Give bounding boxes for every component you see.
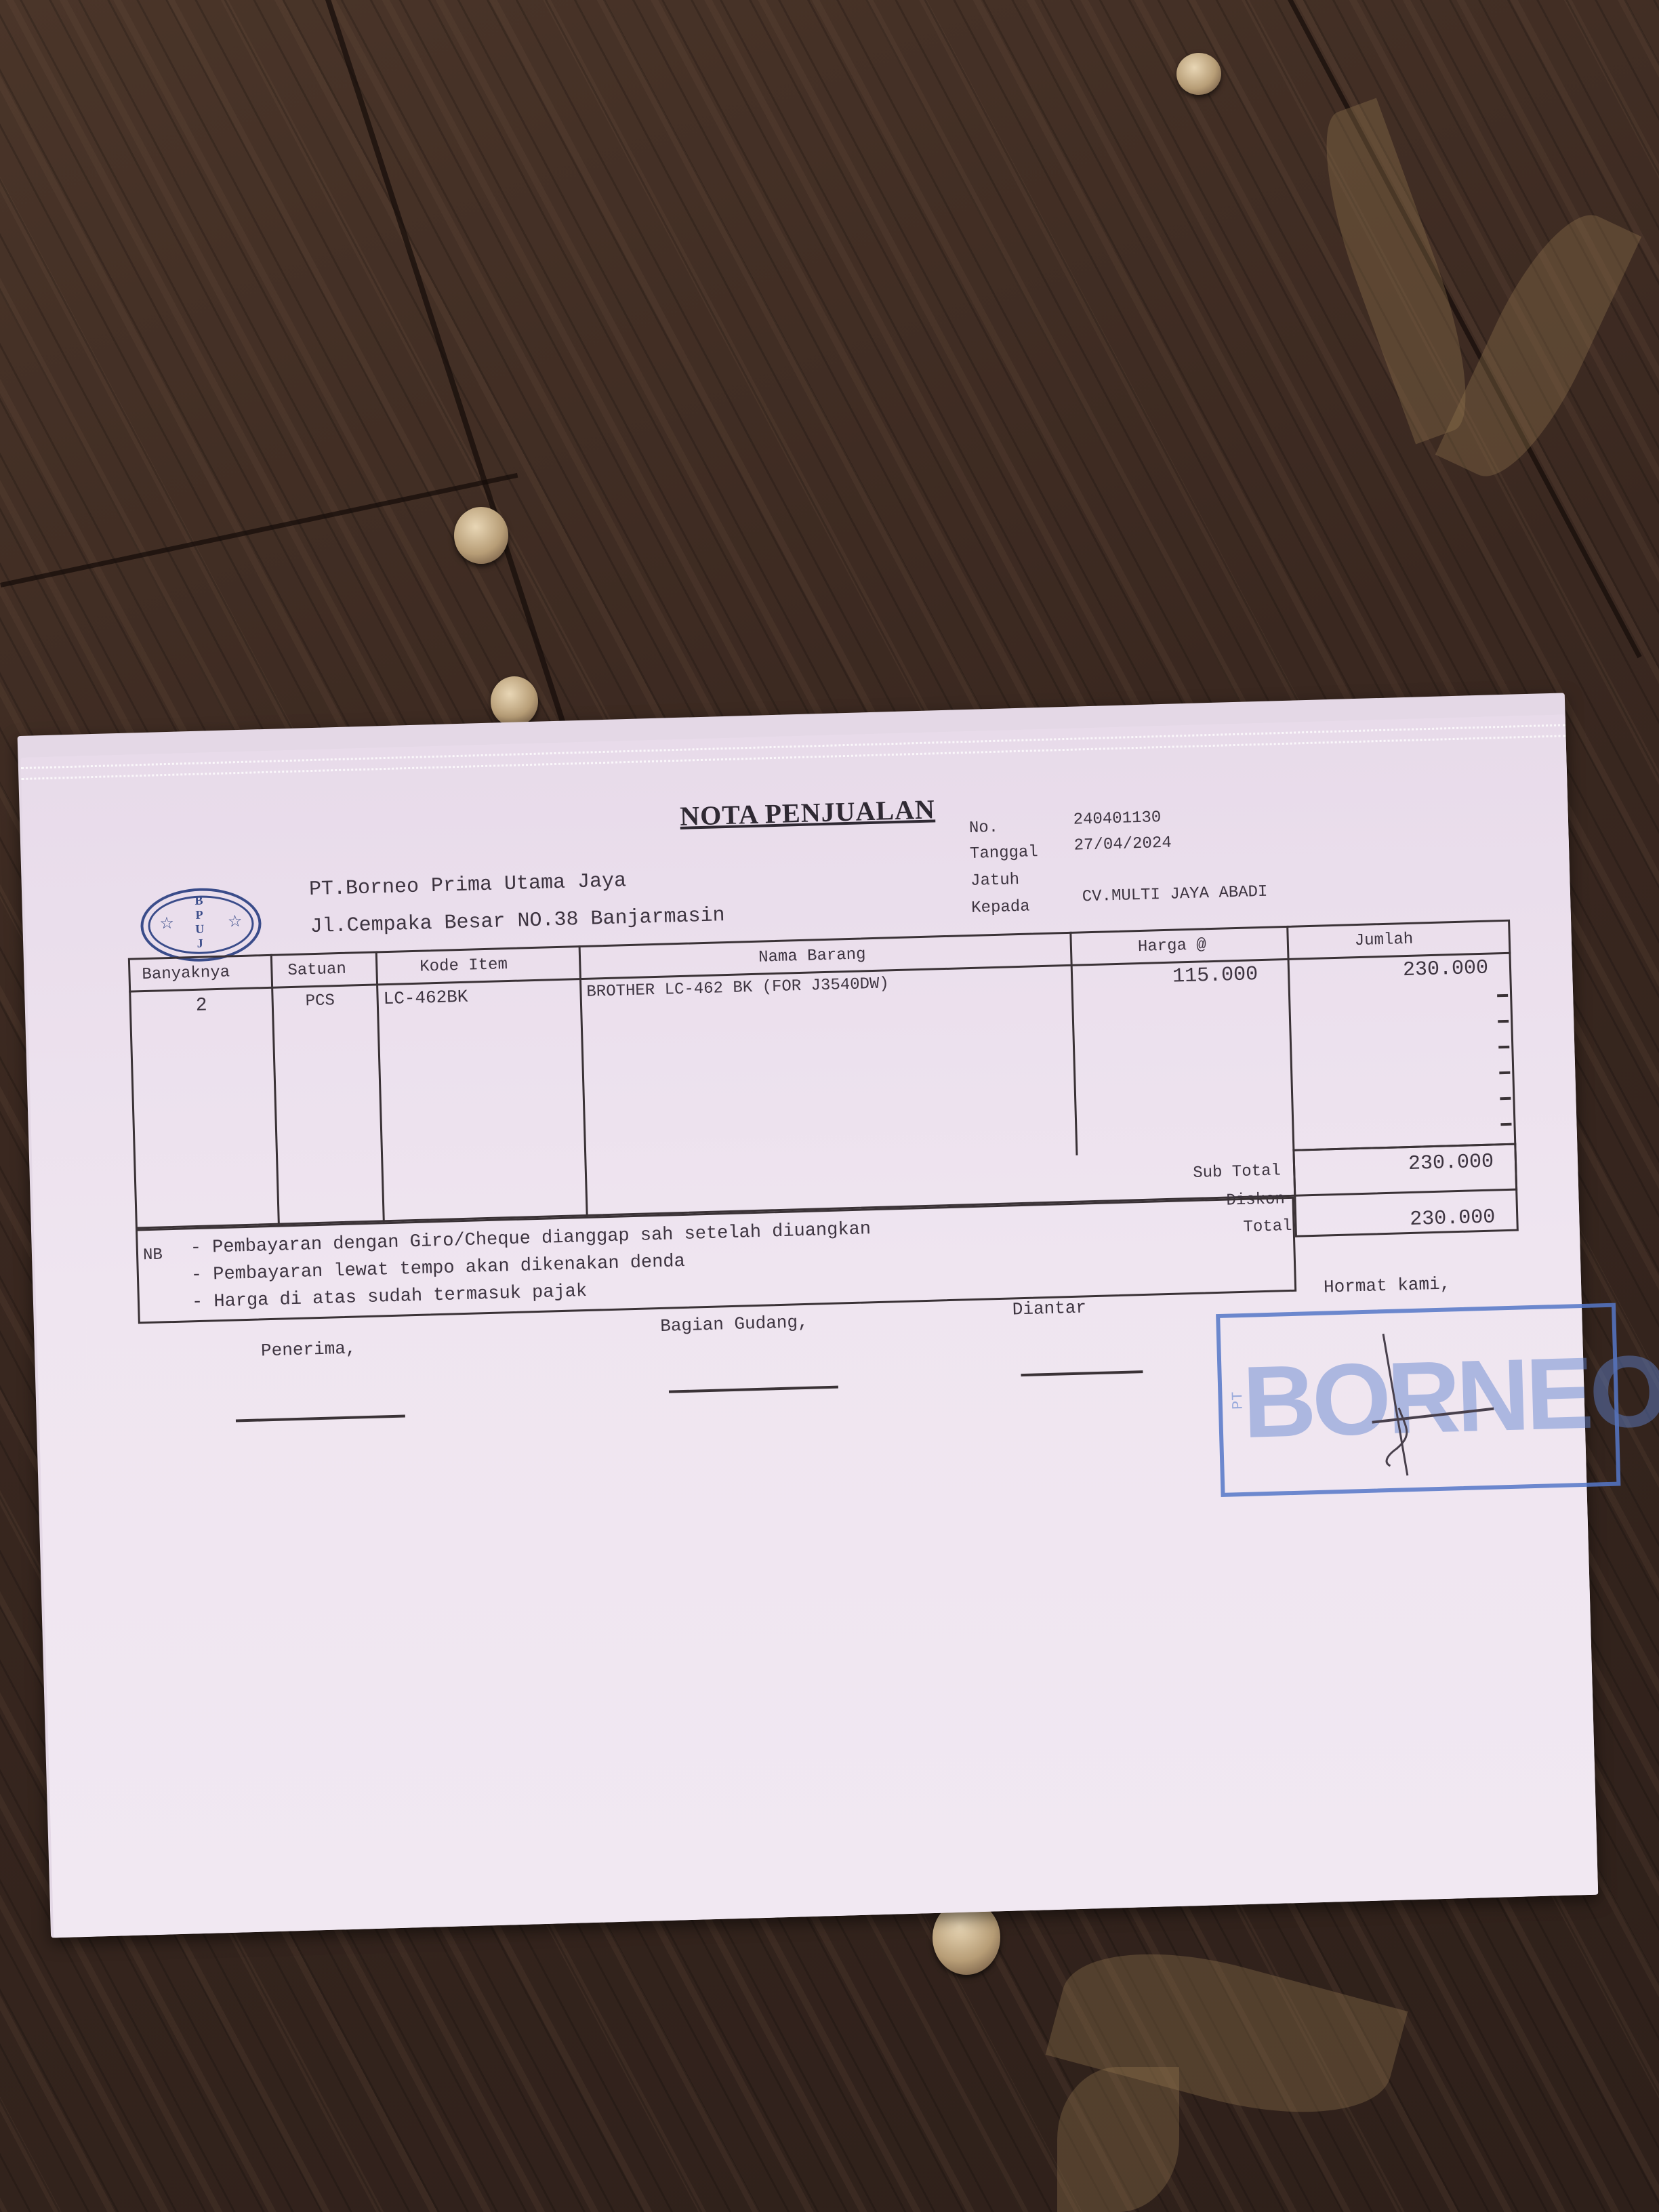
nail-head [454, 507, 508, 564]
signature-gudang-label: Bagian Gudang, [660, 1312, 808, 1336]
logo-letters: B P U J [191, 893, 207, 951]
company-address: Jl.Cempaka Besar NO.38 Banjarmasin [310, 904, 725, 939]
star-icon: ☆ [159, 914, 174, 935]
signature-line-diantar [1021, 1370, 1143, 1376]
amount-tick [1498, 1020, 1509, 1023]
signature-line-gudang [669, 1386, 838, 1393]
header-nama-barang: Nama Barang [758, 945, 866, 966]
signature-diantar-label: Diantar [1012, 1297, 1086, 1319]
signature-scribble [1355, 1316, 1530, 1483]
header-banyaknya: Banyaknya [142, 964, 230, 985]
company-logo: B P U J ☆ ☆ [140, 886, 262, 963]
row-banyaknya: 2 [195, 995, 207, 1016]
row-jumlah: 230.000 [1403, 957, 1489, 983]
row-kode-item: LC-462BK [383, 987, 468, 1009]
document-title: NOTA PENJUALAN [680, 793, 936, 832]
signature-hormat-label: Hormat kami, [1324, 1273, 1451, 1297]
plank-seam [325, 0, 581, 773]
receipt-sheet: NOTA PENJUALAN B P U J ☆ ☆ PT.Borneo Pri… [21, 714, 1599, 1938]
company-name: PT.Borneo Prima Utama Jaya [309, 869, 627, 901]
amount-tick [1497, 994, 1508, 997]
table-pattern-leaf [1057, 2067, 1179, 2212]
customer-value: CV.MULTI JAYA ABADI [1082, 883, 1267, 907]
star-icon: ☆ [227, 912, 242, 933]
amount-tick [1500, 1097, 1511, 1100]
header-jumlah: Jumlah [1354, 930, 1413, 950]
amount-tick [1500, 1123, 1511, 1126]
due-label: Jatuh [970, 871, 1020, 890]
nail-head [1176, 53, 1221, 95]
table-pattern-leaf [1435, 197, 1641, 495]
plank-seam [0, 473, 518, 588]
amount-tick [1498, 1046, 1509, 1048]
customer-label: Kepada [971, 898, 1030, 918]
notes-label: NB [143, 1246, 163, 1265]
invoice-no-value: 240401130 [1073, 808, 1161, 829]
row-harga: 115.000 [1172, 963, 1258, 989]
subtotal-label: Sub Total [1193, 1162, 1281, 1183]
nail-head [491, 676, 538, 726]
signature-penerima-label: Penerima, [261, 1338, 356, 1361]
invoice-no-label: No. [969, 819, 999, 838]
header-satuan: Satuan [287, 960, 346, 980]
total-value: 230.000 [1410, 1206, 1496, 1232]
subtotal-value: 230.000 [1408, 1151, 1494, 1176]
amount-tick [1499, 1071, 1510, 1074]
signature-line-penerima [236, 1415, 405, 1422]
header-kode-item: Kode Item [419, 956, 508, 977]
receipt-paper: NOTA PENJUALAN B P U J ☆ ☆ PT.Borneo Pri… [20, 702, 1598, 1938]
date-label: Tanggal [970, 843, 1039, 863]
company-stamp: PT BORNEO [1216, 1303, 1620, 1497]
date-value: 27/04/2024 [1073, 834, 1172, 855]
header-harga: Harga @ [1138, 936, 1207, 956]
row-satuan: PCS [305, 991, 335, 1010]
